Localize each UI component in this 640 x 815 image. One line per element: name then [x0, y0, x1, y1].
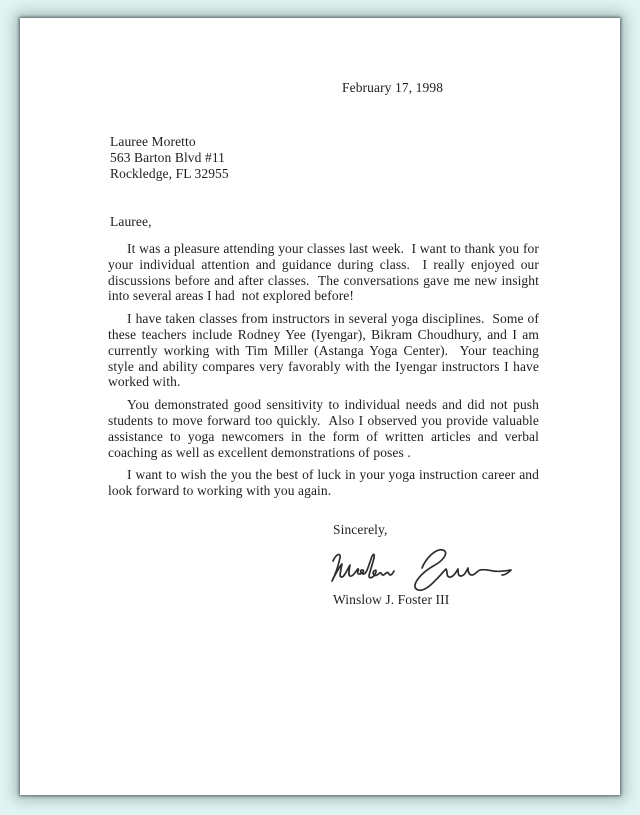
letter-body: It was a pleasure attending your classes… [108, 234, 539, 499]
paragraph-2: I have taken classes from instructors in… [108, 311, 539, 390]
typed-signature-name: Winslow J. Foster III [333, 592, 449, 608]
recipient-street: 563 Barton Blvd #11 [110, 150, 229, 166]
recipient-city-state-zip: Rockledge, FL 32955 [110, 166, 229, 182]
paragraph-4: I want to wish the you the best of luck … [108, 467, 539, 499]
salutation: Lauree, [110, 214, 152, 230]
closing: Sincerely, [333, 522, 387, 538]
letter-date: February 17, 1998 [342, 80, 443, 96]
letter-page: February 17, 1998 Lauree Moretto 563 Bar… [20, 18, 620, 795]
recipient-address-block: Lauree Moretto 563 Barton Blvd #11 Rockl… [110, 134, 229, 182]
recipient-name: Lauree Moretto [110, 134, 229, 150]
scanned-letter-scene: February 17, 1998 Lauree Moretto 563 Bar… [0, 0, 640, 815]
paragraph-1: It was a pleasure attending your classes… [108, 241, 539, 304]
handwritten-signature [325, 544, 520, 596]
paragraph-3: You demonstrated good sensitivity to ind… [108, 397, 539, 460]
